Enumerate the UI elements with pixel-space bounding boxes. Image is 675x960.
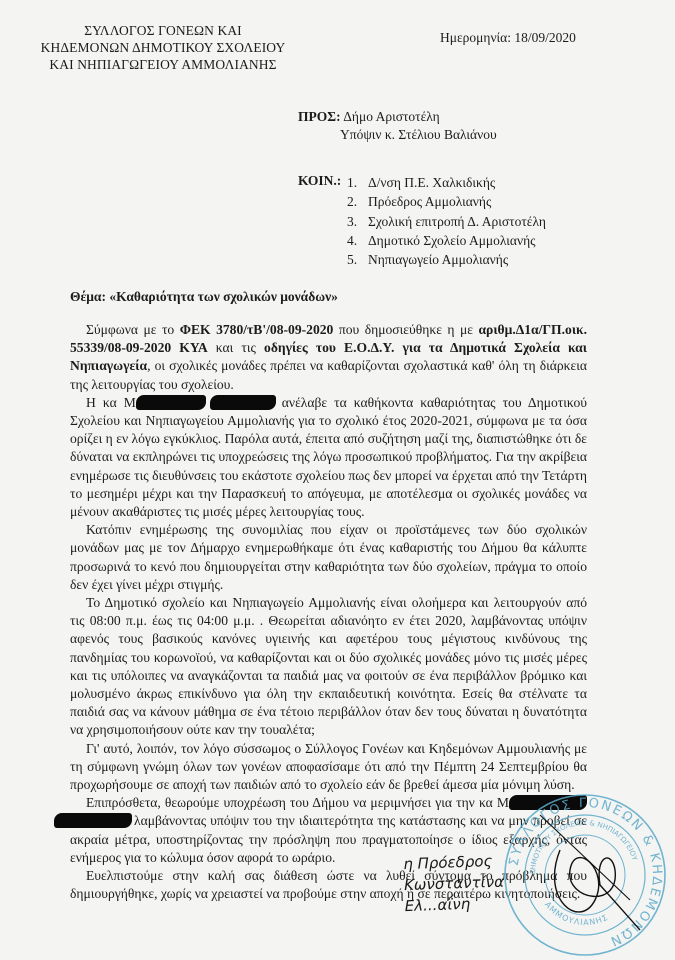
org-line: ΚΑΙ ΝΗΠΙΑΓΩΓΕΙΟΥ ΑΜΜΟΛΙΑΝΗΣ <box>28 56 298 73</box>
stamp-bottom-text: ΑΜΜΟΥΛΙΑΝΗΣ <box>543 900 610 927</box>
official-stamp: ΣΥΛΛΟΓΟΣ ΓΟΝΕΩΝ & ΚΗΔΕΜΟΝΩΝ ΔΗΜΟΤΙΚΟΥ ΣΧ… <box>500 790 670 960</box>
recipient-label: ΠΡΟΣ: <box>298 109 341 124</box>
org-line: ΣΥΛΛΟΓΟΣ ΓΟΝΕΩΝ ΚΑΙ <box>28 22 298 39</box>
cc-list: 1.Δ/νση Π.Ε. Χαλκιδικής 2.Πρόεδρος Αμμολ… <box>347 173 546 269</box>
cc-item: 1.Δ/νση Π.Ε. Χαλκιδικής <box>347 173 546 192</box>
redaction-mark <box>54 813 132 828</box>
subject-line: Θέμα: «Καθαριότητα των σχολικών μονάδων» <box>70 289 338 305</box>
paragraph: Γι' αυτό, λοιπόν, τον λόγο σύσσωμος ο Σύ… <box>70 740 587 795</box>
svg-text:ΑΜΜΟΥΛΙΑΝΗΣ: ΑΜΜΟΥΛΙΑΝΗΣ <box>543 900 610 927</box>
recipient-name: Δήμο Αριστοτέλη <box>343 109 440 124</box>
organization-header: ΣΥΛΛΟΓΟΣ ΓΟΝΕΩΝ ΚΑΙ ΚΗΔΕΜΟΝΩΝ ΔΗΜΟΤΙΚΟΥ … <box>28 22 298 73</box>
paragraph: Κατόπιν ενημέρωσης της συνομιλίας που εί… <box>70 521 587 594</box>
cc-label: ΚΟΙΝ.: <box>298 173 341 189</box>
org-line: ΚΗΔΕΜΟΝΩΝ ΔΗΜΟΤΙΚΟΥ ΣΧΟΛΕΙΟΥ <box>28 39 298 56</box>
cc-item: 4.Δημοτικό Σχολείο Αμμολιανής <box>347 231 546 250</box>
cc-item: 3.Σχολική επιτροπή Δ. Αριστοτέλη <box>347 212 546 231</box>
letter-date: Ημερομηνία: 18/09/2020 <box>440 30 576 46</box>
recipient-attention: Υπόψιν κ. Στέλιου Βαλιάνου <box>298 126 497 144</box>
recipient-block: ΠΡΟΣ: Δήμο Αριστοτέλη Υπόψιν κ. Στέλιου … <box>298 108 497 144</box>
letter-page: ΣΥΛΛΟΓΟΣ ΓΟΝΕΩΝ ΚΑΙ ΚΗΔΕΜΟΝΩΝ ΔΗΜΟΤΙΚΟΥ … <box>0 0 675 960</box>
paragraph: Το Δημοτικό σχολείο και Νηπιαγωγείο Αμμο… <box>70 594 587 740</box>
paragraph: Η κα Μανέλαβε τα καθήκοντα καθαριότητας … <box>70 394 587 521</box>
redaction-mark <box>210 395 276 410</box>
paragraph: Σύμφωνα με το ΦΕΚ 3780/τΒ'/08-09-2020 πο… <box>70 321 587 394</box>
cc-item: 5.Νηπιαγωγείο Αμμολιανής <box>347 250 546 269</box>
cc-item: 2.Πρόεδρος Αμμολιανής <box>347 192 546 211</box>
redaction-mark <box>136 395 206 410</box>
